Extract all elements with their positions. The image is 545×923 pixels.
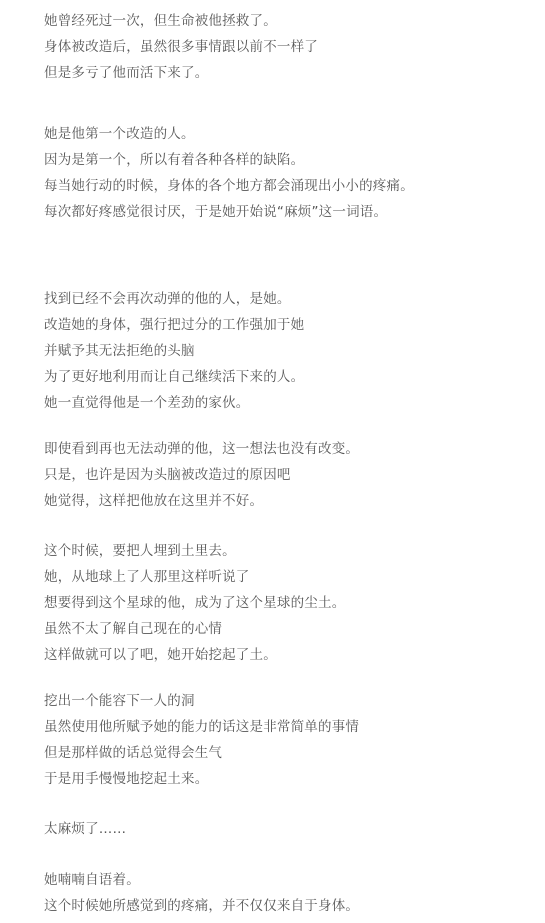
text-line: 挖出一个能容下一人的洞 xyxy=(44,692,195,710)
text-line: 改造她的身体，强行把过分的工作强加于她 xyxy=(44,316,304,334)
text-line: 虽然使用他所赋予她的能力的话这是非常简单的事情 xyxy=(44,718,359,736)
text-line: 虽然不太了解自己现在的心情 xyxy=(44,620,222,638)
text-line: 但是那样做的话总觉得会生气 xyxy=(44,744,222,762)
text-line: 这样做就可以了吧，她开始挖起了土。 xyxy=(44,646,277,664)
text-line: 每当她行动的时候，身体的各个地方都会涌现出小小的疼痛。 xyxy=(44,177,414,195)
text-line: 并赋予其无法拒绝的头脑 xyxy=(44,342,195,360)
text-line: 这个时候她所感觉到的疼痛，并不仅仅来自于身体。 xyxy=(44,897,359,915)
text-line: 每次都好疼感觉很讨厌，于是她开始说“麻烦”这一词语。 xyxy=(44,203,387,221)
text-line: 太麻烦了…… xyxy=(44,820,126,838)
text-line: 因为是第一个，所以有着各种各样的缺陷。 xyxy=(44,151,304,169)
text-line: 但是多亏了他而活下来了。 xyxy=(44,64,208,82)
text-line: 想要得到这个星球的他，成为了这个星球的尘土。 xyxy=(44,594,345,612)
text-line: 她觉得，这样把他放在这里并不好。 xyxy=(44,492,263,510)
text-line: 即使看到再也无法动弹的他，这一想法也没有改变。 xyxy=(44,440,359,458)
text-line: 这个时候，要把人埋到土里去。 xyxy=(44,542,236,560)
text-line: 为了更好地利用而让自己继续活下来的人。 xyxy=(44,368,304,386)
text-line: 找到已经不会再次动弹的他的人，是她。 xyxy=(44,290,291,308)
text-line: 她喃喃自语着。 xyxy=(44,871,140,889)
text-line: 她一直觉得他是一个差劲的家伙。 xyxy=(44,394,250,412)
text-line: 只是，也许是因为头脑被改造过的原因吧 xyxy=(44,466,291,484)
text-line: 她，从地球上了人那里这样听说了 xyxy=(44,568,250,586)
text-line: 她是他第一个改造的人。 xyxy=(44,125,195,143)
text-line: 她曾经死过一次，但生命被他拯救了。 xyxy=(44,12,277,30)
text-line: 于是用手慢慢地挖起土来。 xyxy=(44,770,208,788)
text-line: 身体被改造后，虽然很多事情跟以前不一样了 xyxy=(44,38,318,56)
